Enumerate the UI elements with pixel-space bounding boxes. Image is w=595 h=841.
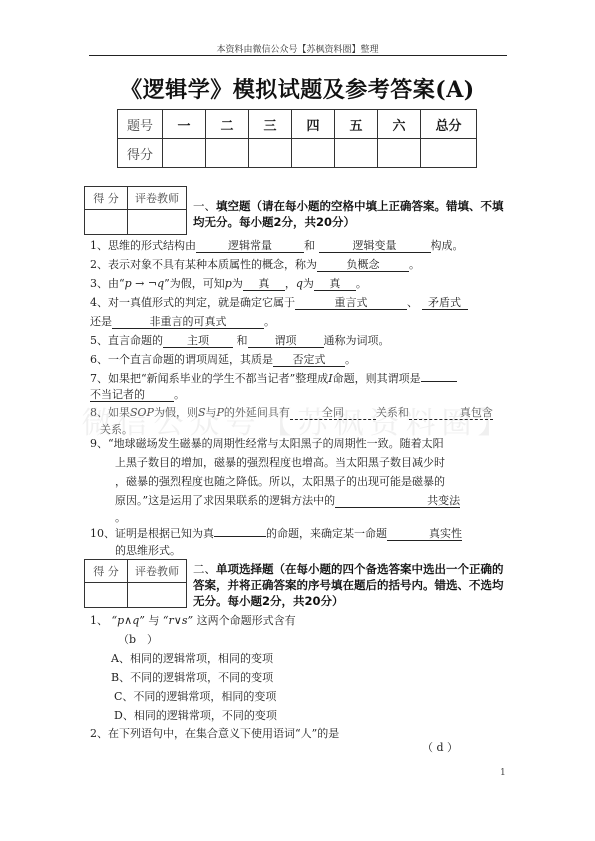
q8-answer-blank-1[interactable]: 全同 bbox=[290, 406, 376, 420]
s1-question-1: 1、思维的形式结构由逻辑常量和 逻辑变量构成。 bbox=[90, 238, 464, 254]
q7-text-suffix: 。 bbox=[174, 388, 185, 401]
q1-text-suffix: 构成。 bbox=[431, 239, 464, 252]
section2-grader-box: 得 分 评卷教师 bbox=[84, 559, 187, 608]
q3-answer-blank-1[interactable]: 真 bbox=[243, 277, 285, 291]
score-table-score-row: 得分 bbox=[118, 139, 477, 168]
s1-question-4-line2: 还是非重言的可真式。 bbox=[90, 314, 275, 330]
s2q1-number: 1、 bbox=[90, 614, 108, 627]
q2-answer-blank[interactable]: 负概念 bbox=[317, 258, 409, 272]
q5-text-mid: 和 bbox=[237, 334, 248, 347]
score-cell-total[interactable] bbox=[421, 139, 477, 168]
s2q2-answer[interactable]: （ d ） bbox=[422, 740, 458, 756]
score-table-col-5: 五 bbox=[335, 110, 378, 139]
score-table-col-2: 二 bbox=[206, 110, 249, 139]
grader-score-cell[interactable] bbox=[85, 210, 128, 235]
score-table-col-3: 三 bbox=[249, 110, 292, 139]
s1-question-10: 10、证明是根据已知为真的命题，来确定某一命题真实性 bbox=[90, 526, 462, 542]
q9-text: 原因。”这是运用了求因果联系的逻辑方法中的 bbox=[115, 494, 335, 507]
page-header: 本资料由微信公众号【苏枫资料圈】整理 bbox=[0, 42, 595, 55]
s1-question-2: 2、表示对象不具有某种本质属性的概念，称为负概念。 bbox=[90, 257, 420, 273]
q7-answer-blank[interactable]: 不当记者的 bbox=[90, 388, 174, 402]
q3-formula: p → ¬q bbox=[125, 277, 165, 290]
score-table-col-4: 四 bbox=[292, 110, 335, 139]
q10-text-mid: 的命题，来确定某一命题 bbox=[266, 527, 387, 540]
grader-teacher-cell[interactable] bbox=[128, 210, 187, 235]
section2-heading: 二、单项选择题（在每小题的四个备选答案中选出一个正确的 答案，并将正确答案的序号… bbox=[193, 561, 504, 609]
q8-var-sop: SOP bbox=[130, 406, 154, 419]
q8-var-p: P bbox=[217, 406, 224, 419]
q4-answer-blank-2[interactable]: 矛盾式 bbox=[422, 296, 468, 310]
q8-var-s: S bbox=[198, 406, 206, 419]
q5-text: 5、直言命题的 bbox=[90, 334, 163, 347]
q1-answer-blank-1[interactable]: 逻辑常量 bbox=[196, 239, 304, 253]
q8-text-mid1: 为假，则 bbox=[154, 406, 198, 419]
q8-answer-blank-2[interactable]: 真包含 bbox=[409, 406, 493, 420]
q3-var-q: q bbox=[296, 277, 303, 290]
q3-text-mid2: 为 bbox=[232, 277, 243, 290]
s1-question-10-line2: 的思维形式。 bbox=[115, 543, 181, 559]
q5-text-suffix: 通称为词项。 bbox=[324, 334, 390, 347]
q8-text: 8、如果 bbox=[90, 406, 130, 419]
q3-answer-blank-2[interactable]: 真 bbox=[314, 277, 356, 291]
score-table-col-1: 一 bbox=[163, 110, 206, 139]
q4-sep: 、 bbox=[407, 296, 418, 309]
s1-question-5: 5、直言命题的主项 和谓项通称为词项。 bbox=[90, 333, 390, 349]
q2-text-suffix: 。 bbox=[409, 258, 420, 271]
score-table: 题号 一 二 三 四 五 六 总分 得分 bbox=[117, 109, 477, 168]
q4-answer-blank-1[interactable]: 重言式 bbox=[295, 296, 407, 310]
q1-answer-blank-2[interactable]: 逻辑变量 bbox=[319, 239, 431, 253]
grader-score-cell[interactable] bbox=[85, 583, 128, 608]
section2-heading-line1: 单项选择题（在每小题的四个备选答案中选出一个正确的 bbox=[216, 562, 504, 576]
score-table-header-row: 题号 一 二 三 四 五 六 总分 bbox=[118, 110, 477, 139]
s1-question-9-line1: 9、“地球磁场发生磁暴的周期性经常与太阳黑子的周期性一致。随着太阳 bbox=[90, 436, 444, 452]
page-number: 1 bbox=[500, 768, 506, 778]
score-table-col-6: 六 bbox=[378, 110, 421, 139]
q3-sep: ， bbox=[285, 277, 296, 290]
score-cell-5[interactable] bbox=[335, 139, 378, 168]
s1-question-9-line2: 上黑子数目的增加，磁暴的强烈程度也增高。当太阳黑子数目减少时 bbox=[115, 455, 445, 471]
s1-question-9-line3: ，磁暴的强烈程度也随之降低。所以，太阳黑子的出现可能是磁暴的 bbox=[115, 474, 445, 490]
q3-text-suffix: 。 bbox=[356, 277, 367, 290]
document-title: 《逻辑学》模拟试题及参考答案(A) bbox=[0, 73, 595, 104]
q4-answer-blank-3[interactable]: 非重言的可真式 bbox=[112, 315, 264, 329]
grader-score-label: 得 分 bbox=[85, 560, 128, 583]
s1-question-8: 8、如果SOP为假，则S与P的外延间具有全同关系和真包含 bbox=[90, 405, 493, 421]
section1-number: 一、 bbox=[193, 199, 216, 213]
q5-answer-blank-2[interactable]: 谓项 bbox=[248, 334, 324, 348]
score-table-label-score: 得分 bbox=[118, 139, 163, 168]
s1-question-3: 3、由“p → ¬q”为假，可知p为真，q为真。 bbox=[90, 276, 367, 292]
s2q1-answer[interactable]: （b ） bbox=[118, 632, 158, 648]
s1-question-6: 6、一个直言命题的谓项周延，其质是否定式。 bbox=[90, 352, 356, 368]
s2-question-2: 2、在下列语句中，在集合意义下使用语词“人”的是 bbox=[90, 726, 339, 742]
section2-heading-line3: 无分。每小题2分，共20分） bbox=[193, 593, 504, 609]
score-table-label-question: 题号 bbox=[118, 110, 163, 139]
q9-answer-blank[interactable]: 共变法 bbox=[335, 494, 460, 508]
section1-heading: 一、填空题（请在每小题的空格中填上正确答案。错填、不填 均无分。每小题2分，共2… bbox=[193, 198, 504, 230]
q7-text-mid: 命题，则其谓项是 bbox=[333, 372, 421, 385]
q5-answer-blank-1[interactable]: 主项 bbox=[163, 334, 233, 348]
s2q1-text-mid: 与 bbox=[148, 614, 159, 627]
s2q1-formula-1: “p∧q” bbox=[112, 614, 145, 627]
q2-text: 2、表示对象不具有某种本质属性的概念，称为 bbox=[90, 258, 317, 271]
section2-number: 二、 bbox=[193, 562, 216, 576]
q4-text-suffix: 。 bbox=[264, 315, 275, 328]
s2q1-option-a[interactable]: A、相同的逻辑常项，相同的变项 bbox=[111, 651, 273, 667]
grader-teacher-label: 评卷教师 bbox=[128, 560, 187, 583]
score-cell-6[interactable] bbox=[378, 139, 421, 168]
score-cell-4[interactable] bbox=[292, 139, 335, 168]
q1-text: 1、思维的形式结构由 bbox=[90, 239, 196, 252]
s2q1-text-suffix: 这两个命题形式含有 bbox=[197, 614, 296, 627]
s1-question-9-suffix: 。 bbox=[115, 510, 126, 526]
s2q1-option-d[interactable]: D、相同的逻辑常项，不同的变项 bbox=[114, 708, 277, 724]
s1-question-9-line4: 原因。”这是运用了求因果联系的逻辑方法中的共变法 bbox=[115, 493, 460, 509]
section1-heading-line1: 填空题（请在每小题的空格中填上正确答案。错填、不填 bbox=[216, 199, 504, 213]
grader-teacher-cell[interactable] bbox=[128, 583, 187, 608]
q8-text-mid2: 与 bbox=[206, 406, 217, 419]
q10-answer-blank-2[interactable]: 真实性 bbox=[387, 527, 462, 541]
q3-text: 3、由“ bbox=[90, 277, 125, 290]
score-table-col-total: 总分 bbox=[421, 110, 477, 139]
q8-text-mid4: 关系和 bbox=[376, 406, 409, 419]
q7-answer-blank-lead[interactable] bbox=[421, 381, 457, 382]
score-cell-1[interactable] bbox=[163, 139, 206, 168]
s2-question-1: 1、 “p∧q” 与 “r∨s” 这两个命题形式含有 bbox=[90, 613, 296, 629]
q6-answer-blank[interactable]: 否定式 bbox=[273, 353, 345, 367]
grader-teacher-label: 评卷教师 bbox=[128, 187, 187, 210]
section1-heading-line2: 均无分。每小题2分，共20分） bbox=[193, 214, 504, 230]
q6-text-suffix: 。 bbox=[345, 353, 356, 366]
q4-line2-text: 还是 bbox=[90, 315, 112, 328]
s1-question-7: 7、如果把“新闻系毕业的学生不都当记者”整理成I命题，则其谓项是 bbox=[90, 371, 457, 387]
score-cell-2[interactable] bbox=[206, 139, 249, 168]
section2-heading-line2: 答案，并将正确答案的序号填在题后的括号内。错选、不选均 bbox=[193, 577, 504, 593]
q7-text: 7、如果把“新闻系毕业的学生不都当记者”整理成 bbox=[90, 372, 328, 385]
q3-text-mid3: 为 bbox=[303, 277, 314, 290]
s2q1-option-c[interactable]: C、不同的逻辑常项，相同的变项 bbox=[114, 689, 276, 705]
q4-text: 4、对一真值形式的判定，就是确定它属于 bbox=[90, 296, 295, 309]
s2q1-formula-2: “r∨s” bbox=[163, 614, 193, 627]
q8-text-mid3: 的外延间具有 bbox=[224, 406, 290, 419]
q10-text: 10、证明是根据已知为真 bbox=[90, 527, 214, 540]
s2q1-option-b[interactable]: B、不同的逻辑常项，不同的变项 bbox=[111, 670, 273, 686]
q3-text-mid1: ”为假，可知 bbox=[164, 277, 225, 290]
q10-answer-blank-1[interactable] bbox=[214, 536, 266, 537]
section1-grader-box: 得 分 评卷教师 bbox=[84, 186, 187, 235]
s1-question-4: 4、对一真值形式的判定，就是确定它属于重言式、 矛盾式 bbox=[90, 295, 468, 311]
q3-var-p: p bbox=[225, 277, 232, 290]
score-cell-3[interactable] bbox=[249, 139, 292, 168]
q6-text: 6、一个直言命题的谓项周延，其质是 bbox=[90, 353, 273, 366]
q1-text-mid: 和 bbox=[304, 239, 315, 252]
s1-question-7-line2: 不当记者的。 bbox=[90, 387, 185, 403]
grader-score-label: 得 分 bbox=[85, 187, 128, 210]
header-divider bbox=[89, 55, 507, 56]
